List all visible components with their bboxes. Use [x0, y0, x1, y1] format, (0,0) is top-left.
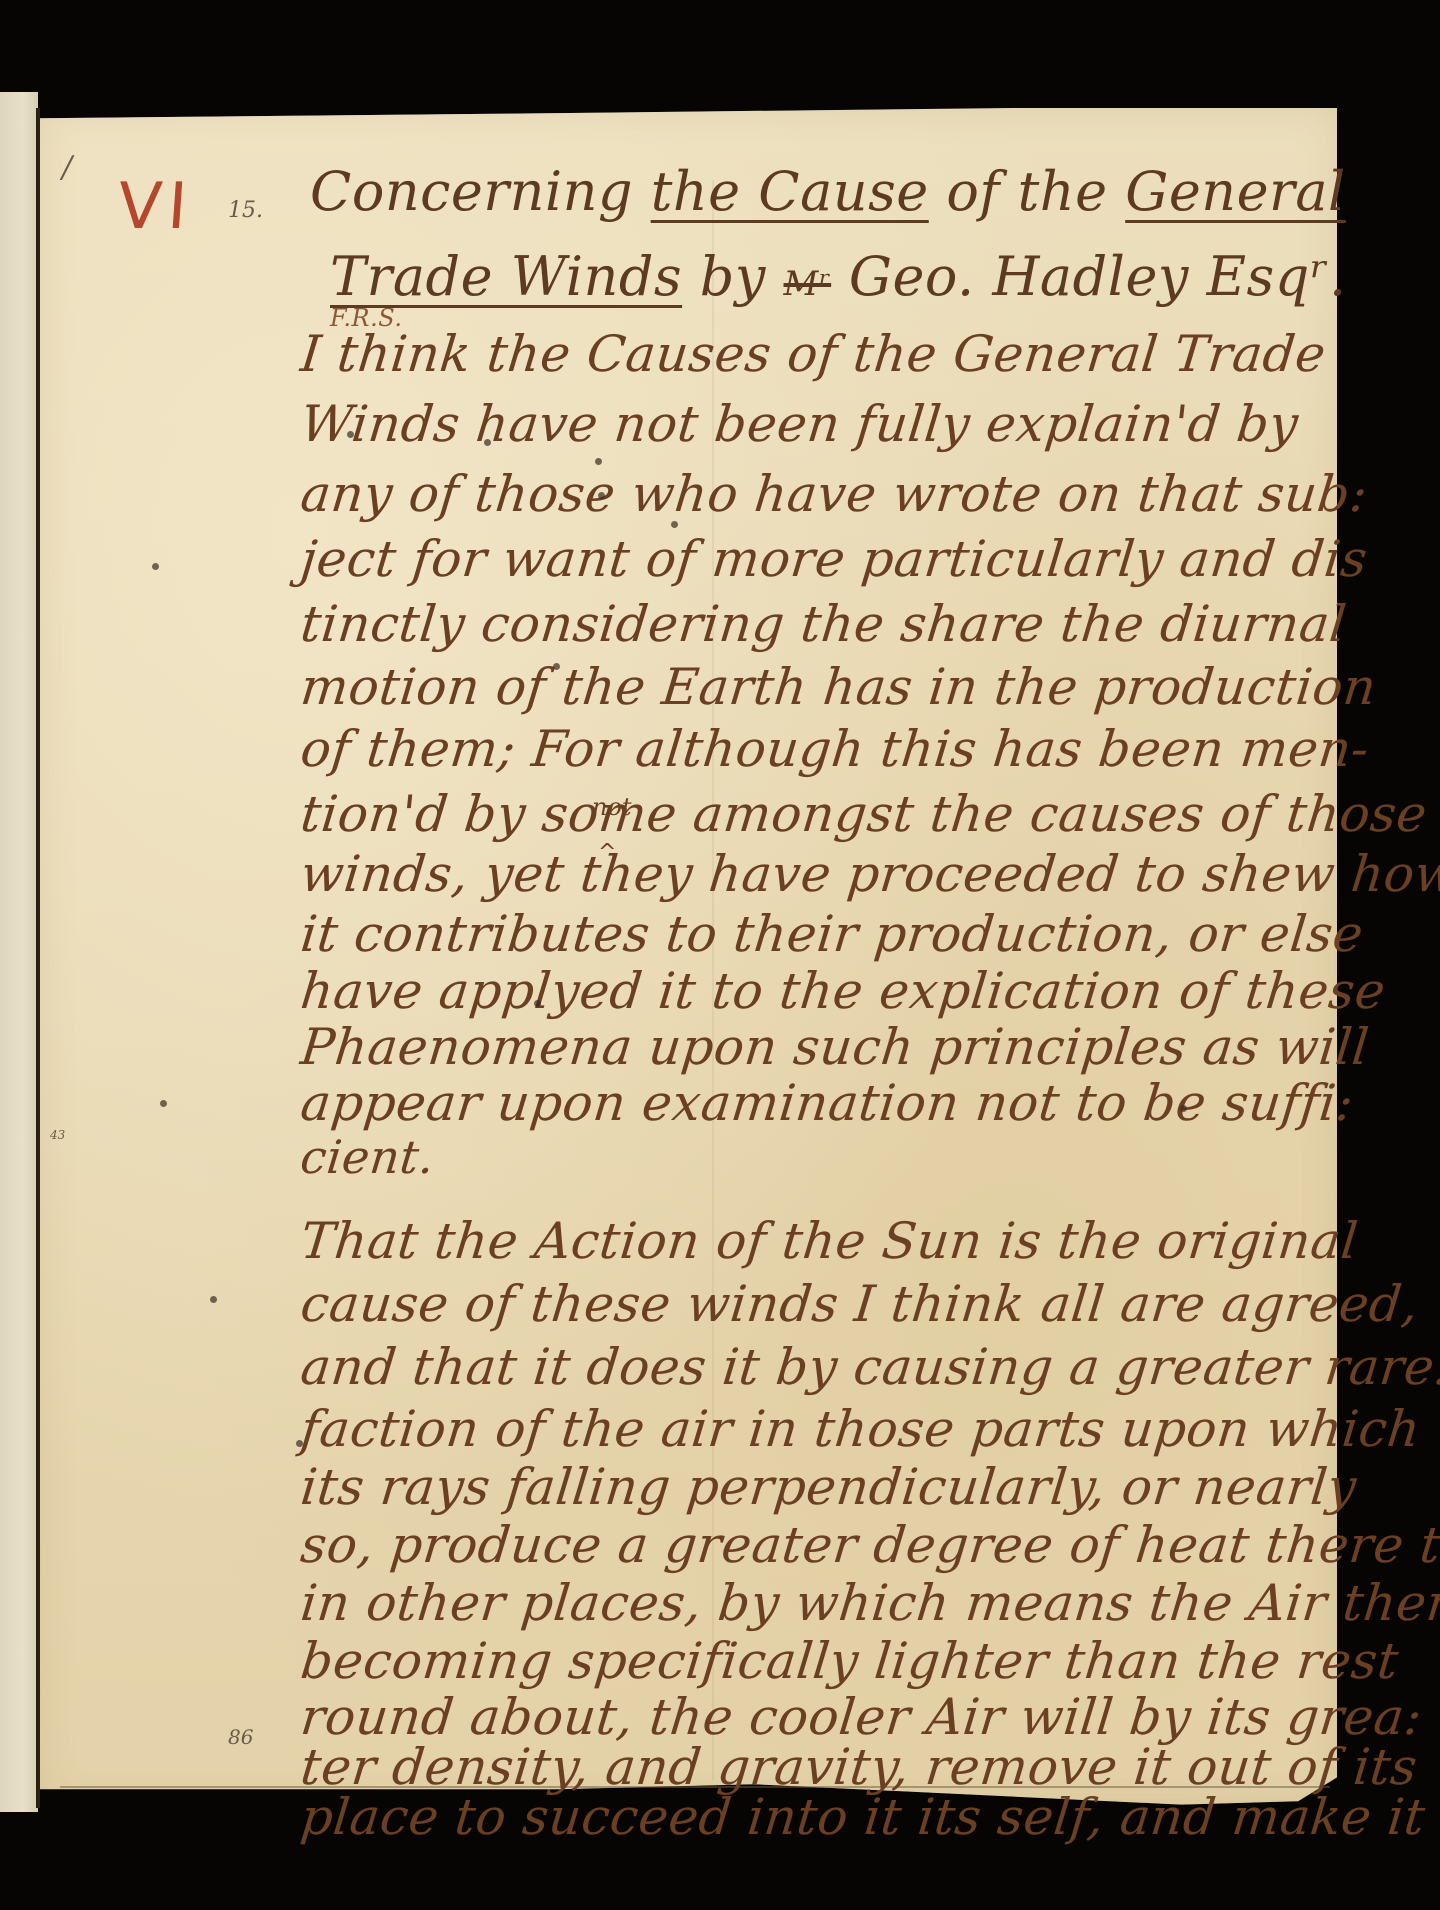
text-line: of them; For although this has been men- [298, 720, 1372, 778]
text-line: Winds have not been fully explain'd by [298, 395, 1301, 453]
text-line: in other places, by which means the Air … [298, 1574, 1440, 1632]
title-line-2: Trade Winds by Mʳ Geo. Hadley Esqʳ. [330, 245, 1347, 308]
text-line: have applyed it to the explication of th… [298, 962, 1388, 1020]
manuscript-viewer: / VI 15. 43 86 Concerning the Cause of t… [0, 0, 1440, 1910]
margin-mark-top-left: / [62, 150, 72, 185]
text-line: place to succeed into it its self, and m… [298, 1788, 1428, 1846]
red-pencil-numeral: VI [115, 170, 195, 244]
ink-spot [671, 521, 678, 528]
text-line: appear upon examination not to be suffi: [298, 1074, 1356, 1132]
title-word-concerning: Concerning [310, 160, 633, 223]
title-the-cause: the Cause [651, 160, 929, 223]
text-line: I think the Causes of the General Trade [298, 325, 1329, 383]
title-trade-winds: Trade Winds [330, 245, 682, 308]
ink-spot [553, 663, 560, 670]
ink-spot [347, 431, 354, 438]
text-line: motion of the Earth has in the productio… [298, 658, 1379, 716]
inserted-word-not: not [592, 793, 632, 821]
book-gutter [36, 108, 40, 1808]
ink-spot [296, 1440, 303, 1447]
text-line: and that it does it by causing a greater… [298, 1338, 1440, 1396]
ink-spot [595, 458, 602, 465]
text-line: so, produce a greater degree of heat the… [298, 1516, 1440, 1574]
text-line: it contributes to their production, or e… [298, 905, 1366, 963]
ink-spot [152, 563, 159, 570]
text-line: tinctly considering the share the diurna… [298, 595, 1349, 653]
text-line: any of those who have wrote on that sub: [298, 465, 1370, 523]
text-line: Phaenomena upon such principles as will [298, 1018, 1372, 1076]
title-line-1: Concerning the Cause of the General [310, 160, 1346, 223]
text-line: faction of the air in those parts upon w… [298, 1400, 1423, 1458]
title-author: Geo. Hadley Esqʳ. [849, 245, 1347, 308]
text-line: cause of these winds I think all are agr… [298, 1275, 1421, 1333]
ink-spot [160, 1100, 167, 1107]
title-by: by [700, 245, 766, 308]
ink-spot [598, 492, 605, 499]
ink-spot [534, 1000, 541, 1007]
text-line: tion'd by some amongst the causes of tho… [298, 785, 1430, 843]
title-struck-word: Mʳ [784, 264, 832, 304]
facing-page-edge [0, 92, 38, 1812]
text-line: cient. [298, 1130, 437, 1184]
folio-number: 15. [228, 198, 263, 223]
ink-spot [484, 439, 491, 446]
text-line: ject for want of more particularly and d… [298, 530, 1370, 588]
title-general: General [1125, 160, 1346, 223]
margin-mark-bottom-left: 86 [228, 1725, 253, 1749]
ink-spot [210, 1296, 217, 1303]
title-of-the: of the [946, 160, 1107, 223]
ink-spot [1180, 1105, 1187, 1112]
text-line: winds, yet they have proceeded to shew h… [298, 845, 1440, 903]
text-line: becoming specifically lighter than the r… [298, 1632, 1401, 1690]
text-line: That the Action of the Sun is the origin… [298, 1212, 1361, 1270]
margin-mark-mid-left: 43 [50, 1128, 65, 1142]
text-line: its rays falling perpendicularly, or nea… [298, 1458, 1359, 1516]
